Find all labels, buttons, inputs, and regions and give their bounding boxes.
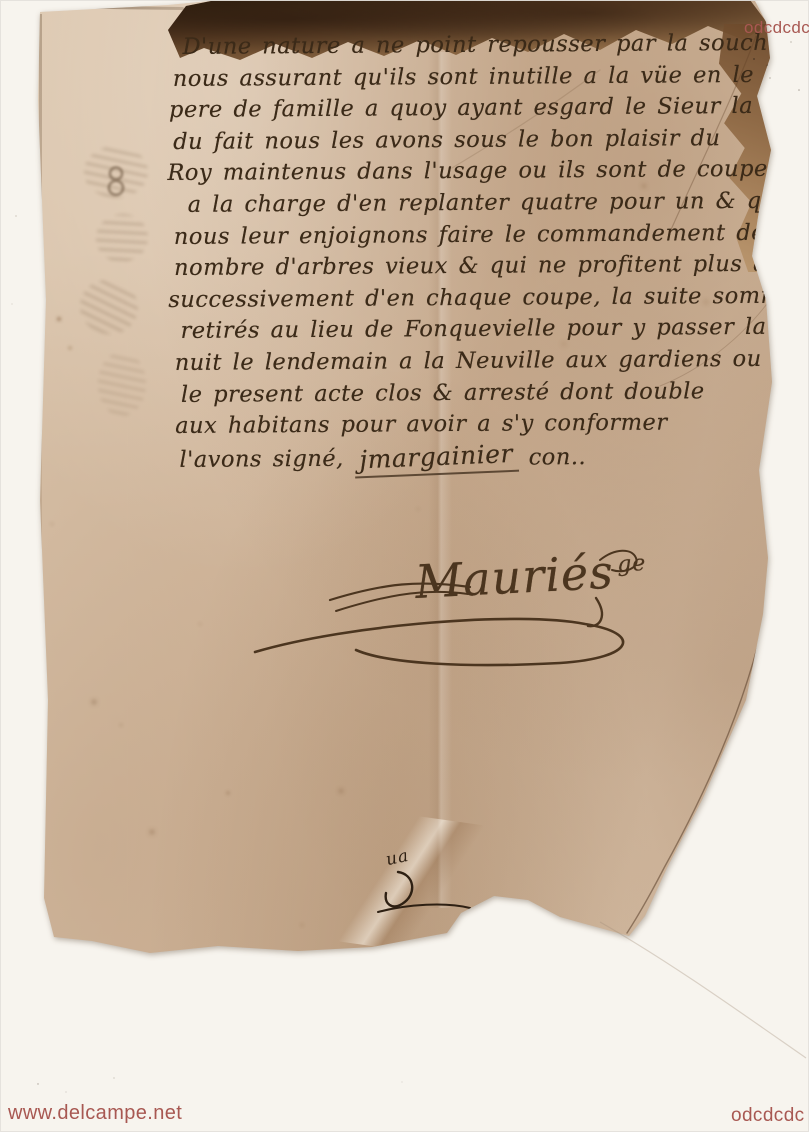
manuscript-line: Roy maintenus dans l'usage ou ils sont d…: [167, 154, 733, 190]
signature-name-text: Mauriés: [414, 545, 615, 609]
manuscript-line: nous leur enjoignons faire le commandeme…: [174, 218, 734, 254]
manuscript-line: D'une nature a ne point repousser par la…: [182, 28, 732, 63]
scanned-manuscript-image: D'une nature a ne point repousser par la…: [0, 0, 809, 1132]
closing-line: l'avons signé, jmargainier con..: [179, 439, 735, 476]
paper-shadow-wrap: D'une nature a ne point repousser par la…: [0, 0, 809, 1132]
manuscript-line: retirés au lieu de Fonquevielle pour y p…: [180, 312, 734, 347]
ink-bleedthrough-mark: [104, 164, 128, 198]
inline-signature-name: jmargainier: [354, 437, 519, 477]
manuscript-paper: D'une nature a ne point repousser par la…: [0, 0, 809, 962]
scan-specks: [0, 0, 4, 4]
watermark-bottom-right: odcdcdc: [731, 1105, 805, 1127]
closing-post: con..: [518, 444, 586, 470]
manuscript-line: a la charge d'en replanter quatre pour u…: [188, 186, 734, 221]
manuscript-line: le present acte clos & arresté dont doub…: [181, 376, 735, 411]
manuscript-line: nuit le lendemain a la Neuville aux gard…: [175, 344, 735, 380]
ink-bleedthrough: [93, 210, 152, 266]
manuscript-line: du fait nous les avons sous le bon plais…: [173, 123, 733, 159]
manuscript-line: nombre d'arbres vieux & qui ne profitent…: [174, 249, 734, 285]
manuscript-line: successivement d'en chaque coupe, la sui…: [168, 281, 734, 317]
manuscript-line: pere de famille a quoy ayant esgard le S…: [169, 91, 733, 127]
paper-top-edge-line: [36, 5, 184, 10]
ink-bleedthrough: [74, 274, 143, 340]
signature-name: Mauriésge: [414, 543, 648, 609]
manuscript-text-block: D'une nature a ne point repousser par la…: [172, 28, 735, 476]
manuscript-line: nous assurant qu'ils sont inutille a la …: [173, 60, 733, 96]
watermark-top-right: odcdcdc: [744, 18, 809, 38]
manuscript-line: aux habitans pour avoir a s'y conformer: [175, 407, 735, 443]
signature-suffix: ge: [617, 551, 647, 577]
paper-left-edge-line: [39, 14, 42, 932]
ink-bleedthrough: [98, 352, 146, 416]
watermark-bottom-left: www.delcampe.net: [8, 1102, 182, 1125]
closing-pre: l'avons signé,: [179, 445, 354, 472]
bottom-fold-crease: [316, 805, 493, 961]
